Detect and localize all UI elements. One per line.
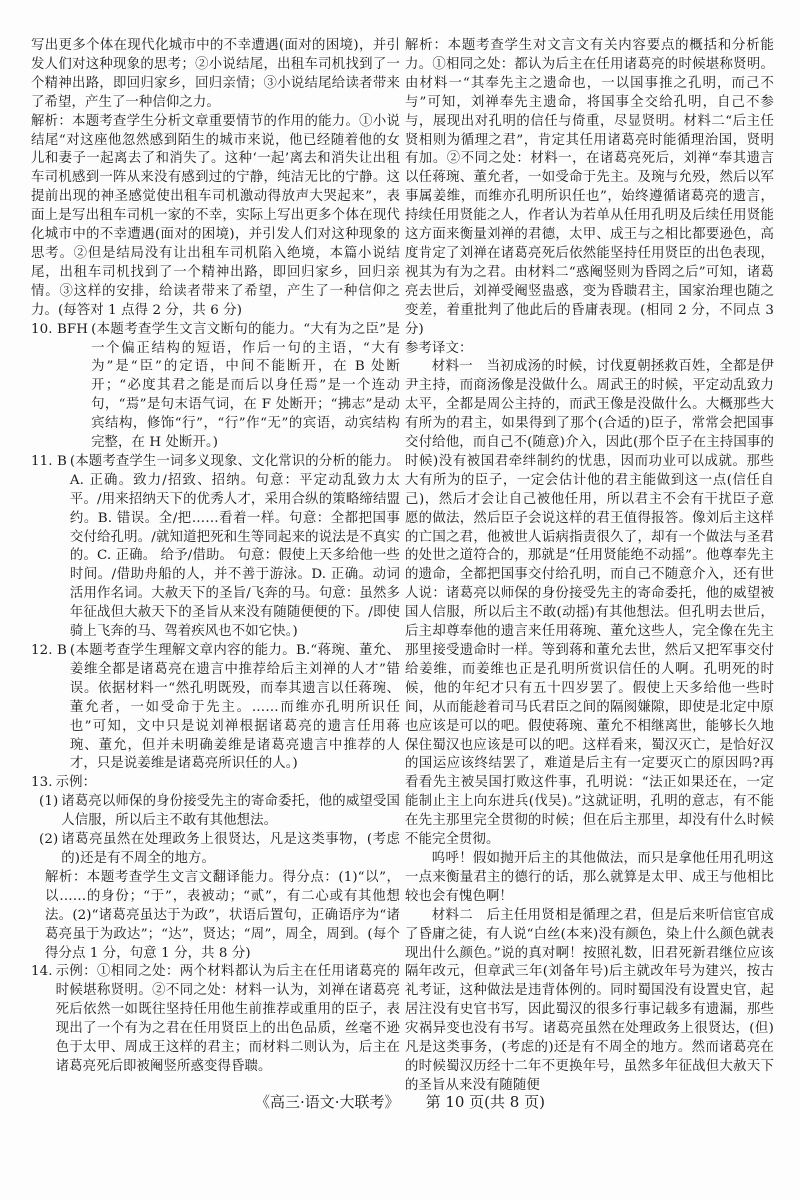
analysis-paragraph-q14: 解析：本题考查学生对文言文有关内容要点的概括和分析能力。①相同之处：都认为后主在… <box>405 37 774 340</box>
sub-item-number: (2) <box>39 831 58 850</box>
item-number: 13. <box>31 774 53 793</box>
sub-item-text: 诸葛亮以师保的身份接受先主的寄命委托，他的威望受国人信服，所以后主不敢有其他想法… <box>61 793 400 831</box>
material-2-translation: 材料二 后主任用贤相是循理之君，但是后来听信宦官成了昏庸之徒，有人说“白丝(本来… <box>405 907 774 1096</box>
material-1-translation: 材料一 当初成汤的时候，讨伐夏朝拯救百姓，全都是伊尹主持，而商汤像是没做什么。周… <box>405 358 774 850</box>
page-number: 第 10 页(共 8 页) <box>426 1093 545 1111</box>
sub-answer-2: (2) 诸葛亮虽然在处理政务上很贤达，凡是这类事物，(考虑的)还是有不周全的地方… <box>39 831 400 869</box>
answer-item-14: 14. 示例：①相同之处：两个材料都认为后主在任用诸葛亮的时候堪称贤明。②不同之… <box>31 963 400 1076</box>
item-explanation: (本题考查学生一词多义现象、文化常识的分析的能力。A. 正确。致力/招致、招纳。… <box>70 453 400 642</box>
sub-item-text: 诸葛亮虽然在处理政务上很贤达，凡是这类事物，(考虑的)还是有不周全的地方。 <box>61 831 400 869</box>
sub-item-number: (1) <box>39 793 58 812</box>
journal-title: 《高三·语文·大联考》 <box>255 1093 400 1111</box>
item-explanation: (本题考查学生理解文章内容的能力。B.“蒋琬、董允、姜维全都是诸葛亮在遗言中推荐… <box>70 642 400 774</box>
item-number-answer: 11. B <box>31 453 67 472</box>
item-explanation: (本题考查学生文言文断句的能力。“大有为之臣”是一个偏正结构的短语，作后一句的主… <box>91 321 400 453</box>
continued-paragraph: 写出更多个体在现代化城市中的不幸遭遇(面对的困境)，并引发人们对这种现象的思考；… <box>31 37 400 113</box>
exam-answer-page: 写出更多个体在现代化城市中的不幸遭遇(面对的困境)，并引发人们对这种现象的思考；… <box>0 0 800 1200</box>
item-number-answer: 12. B <box>31 642 67 661</box>
item-number-answer: 10. BFH <box>31 321 88 340</box>
right-column: 解析：本题考查学生对文言文有关内容要点的概括和分析能力。①相同之处：都认为后主在… <box>405 37 774 1096</box>
page-footer: 《高三·语文·大联考》第 10 页(共 8 页) <box>0 1092 800 1112</box>
sub-answer-1: (1) 诸葛亮以师保的身份接受先主的寄命委托，他的威望受国人信服，所以后主不敢有… <box>39 793 400 831</box>
analysis-paragraph-q9: 解析：本题考查学生分析文章重要情节的作用的能力。①小说结尾“对这座他忽然感到陌生… <box>31 113 400 321</box>
translation-label: 参考译文： <box>405 340 774 359</box>
answer-item-10: 10. BFH (本题考查学生文言文断句的能力。“大有为之臣”是一个偏正结构的短… <box>31 321 400 453</box>
left-column: 写出更多个体在现代化城市中的不幸遭遇(面对的困境)，并引发人们对这种现象的思考；… <box>31 37 400 1077</box>
analysis-paragraph-q13: 解析：本题考查学生文言文翻译能力。得分点：(1)“以”，以……的身份；“于”，表… <box>45 869 400 964</box>
answer-item-13: 13. 示例： <box>31 774 400 793</box>
item-label: 示例： <box>56 774 400 793</box>
exclamation-paragraph: 呜呼！假如抛开后主的其他做法，而只是拿他任用孔明这一点来衡量君主的德行的话，那么… <box>405 850 774 907</box>
item-number: 14. <box>31 963 53 982</box>
answer-item-12: 12. B (本题考查学生理解文章内容的能力。B.“蒋琬、董允、姜维全都是诸葛亮… <box>31 642 400 774</box>
answer-item-11: 11. B (本题考查学生一词多义现象、文化常识的分析的能力。A. 正确。致力/… <box>31 453 400 642</box>
item-explanation: 示例：①相同之处：两个材料都认为后主在任用诸葛亮的时候堪称贤明。②不同之处：材料… <box>56 963 400 1076</box>
